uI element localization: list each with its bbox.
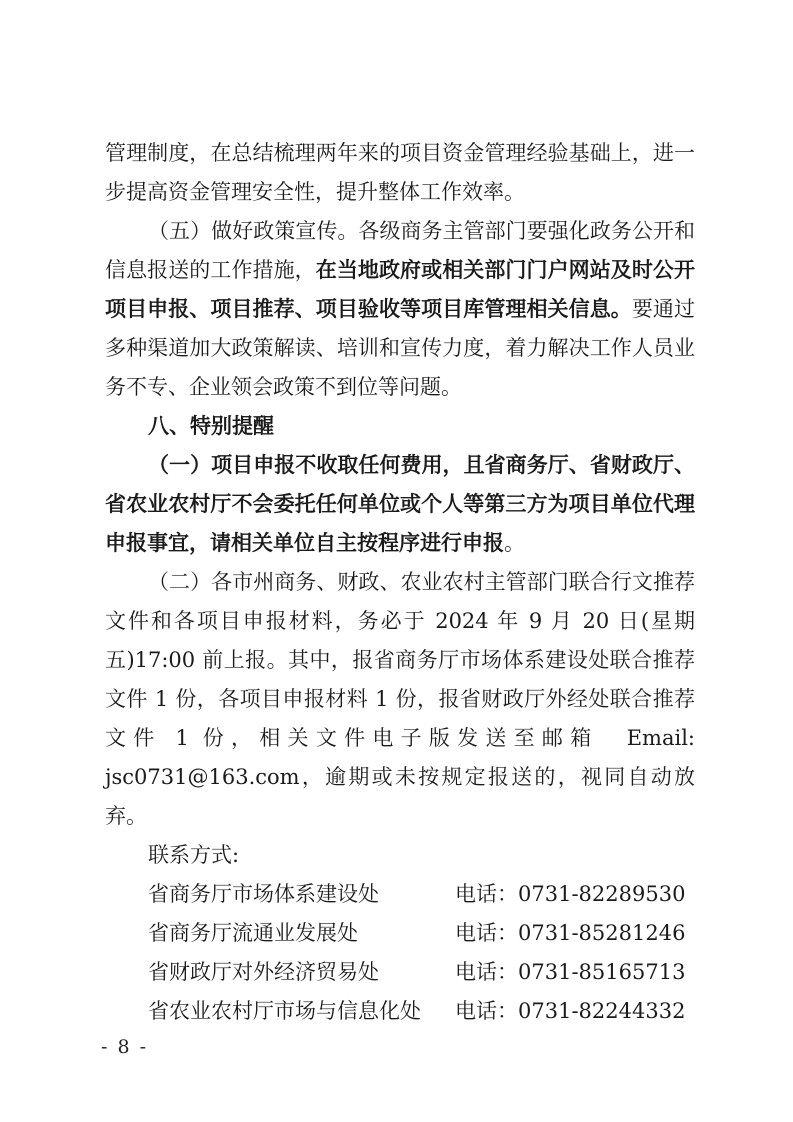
bold-text-run: 八、特别提醒 bbox=[148, 414, 274, 438]
text-run: 管理制度，在总结梳理两年来的项目资金管理经验基础上，进一步提高资金管理安全性，提… bbox=[105, 141, 695, 204]
document-body: 管理制度，在总结梳理两年来的项目资金管理经验基础上，进一步提高资金管理安全性，提… bbox=[105, 134, 695, 1031]
contact-department: 省财政厅对外经济贸易处 bbox=[148, 953, 455, 992]
phone-number: 0731-82244332 bbox=[518, 999, 685, 1023]
contact-row: 省商务厅市场体系建设处电话：0731-82289530 bbox=[105, 875, 695, 914]
contact-row: 省商务厅流通业发展处电话：0731-85281246 bbox=[105, 914, 695, 953]
contact-department: 省农业农村厅市场与信息化处 bbox=[148, 992, 455, 1031]
phone-label: 电话： bbox=[455, 999, 518, 1023]
phone-number: 0731-82289530 bbox=[518, 882, 685, 906]
contact-phone: 电话：0731-82289530 bbox=[455, 875, 685, 914]
contact-phone: 电话：0731-85281246 bbox=[455, 914, 685, 953]
contact-department: 省商务厅市场体系建设处 bbox=[148, 875, 455, 914]
paragraph: （一）项目申报不收取任何费用，且省商务厅、省财政厅、省农业农村厅不会委托任何单位… bbox=[105, 446, 695, 563]
contact-phone: 电话：0731-85165713 bbox=[455, 953, 685, 992]
paragraph: （二）各市州商务、财政、农业农村主管部门联合行文推荐文件和各项目申报材料，务必于… bbox=[105, 563, 695, 836]
page-number: - 8 - bbox=[101, 1036, 148, 1058]
bold-text-run: （一）项目申报不收取任何费用，且省商务厅、省财政厅、省农业农村厅不会委托任何单位… bbox=[105, 453, 695, 555]
phone-label: 电话： bbox=[455, 882, 518, 906]
phone-number: 0731-85165713 bbox=[518, 960, 685, 984]
document-page: 管理制度，在总结梳理两年来的项目资金管理经验基础上，进一步提高资金管理安全性，提… bbox=[0, 0, 793, 1122]
paragraph: （五）做好政策宣传。各级商务主管部门要强化政务公开和信息报送的工作措施，在当地政… bbox=[105, 212, 695, 407]
phone-label: 电话： bbox=[455, 960, 518, 984]
contact-row: 省农业农村厅市场与信息化处电话：0731-82244332 bbox=[105, 992, 695, 1031]
contact-row: 省财政厅对外经济贸易处电话：0731-85165713 bbox=[105, 953, 695, 992]
section-heading: 八、特别提醒 bbox=[105, 407, 695, 446]
contact-phone: 电话：0731-82244332 bbox=[455, 992, 685, 1031]
text-run: 。 bbox=[504, 531, 525, 555]
phone-number: 0731-85281246 bbox=[518, 921, 685, 945]
contact-department: 省商务厅流通业发展处 bbox=[148, 914, 455, 953]
text-run: 联系方式: bbox=[148, 843, 239, 867]
paragraph: 管理制度，在总结梳理两年来的项目资金管理经验基础上，进一步提高资金管理安全性，提… bbox=[105, 134, 695, 212]
paragraph: 联系方式: bbox=[105, 836, 695, 875]
text-run: （二）各市州商务、财政、农业农村主管部门联合行文推荐文件和各项目申报材料，务必于… bbox=[105, 570, 695, 828]
phone-label: 电话： bbox=[455, 921, 518, 945]
